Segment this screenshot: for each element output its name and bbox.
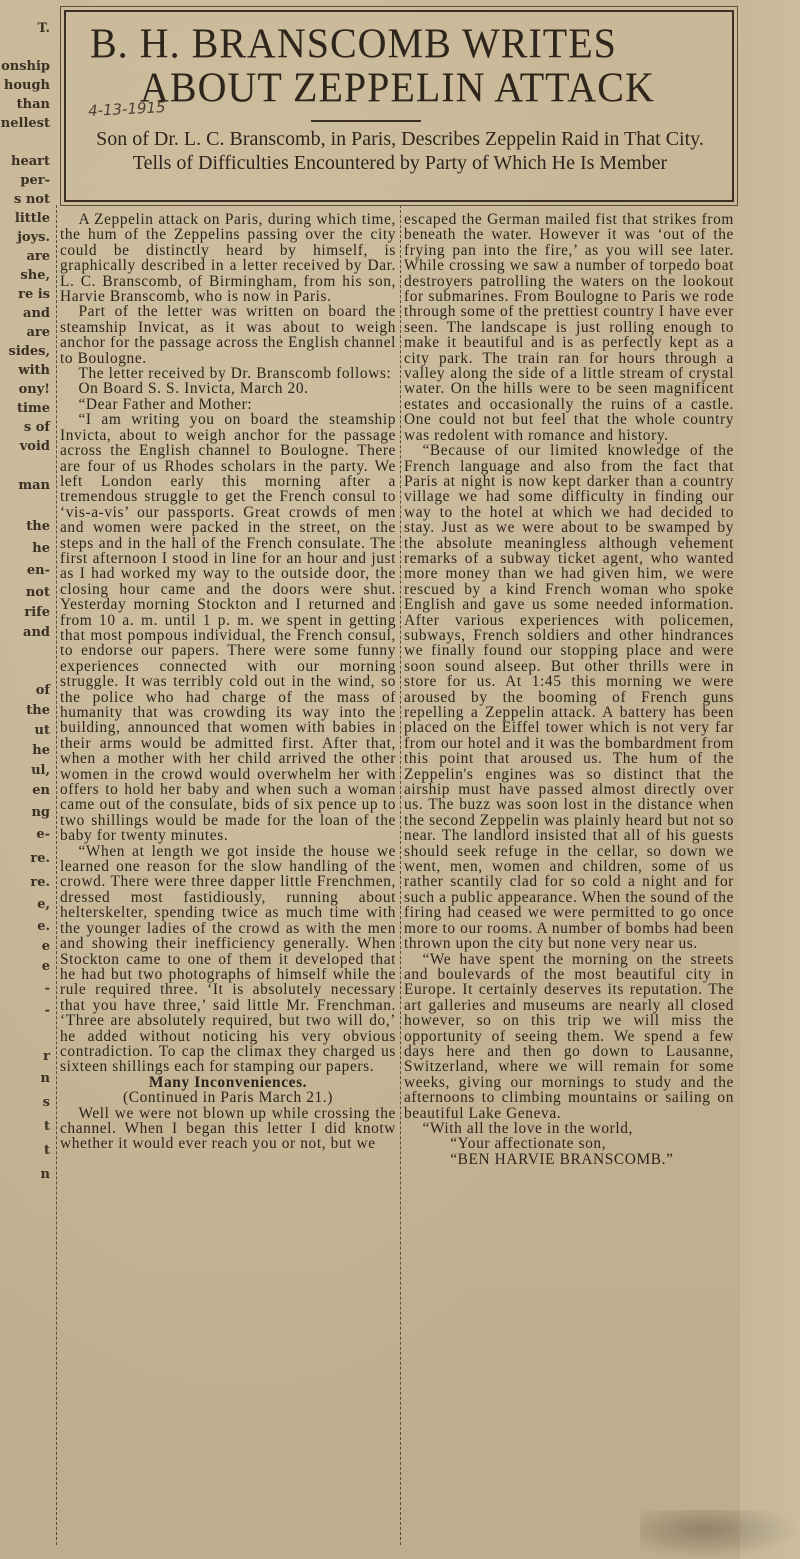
margin-fragment: - <box>45 982 50 996</box>
margin-fragment: with <box>18 364 50 378</box>
margin-fragment: the <box>26 704 50 718</box>
deck-divider <box>311 120 421 122</box>
margin-fragment: ony! <box>19 383 50 397</box>
margin-fragment: void <box>20 440 50 454</box>
margin-fragment: s <box>43 1096 50 1110</box>
article-paragraph: The letter received by Dr. Branscomb fol… <box>60 366 396 381</box>
margin-fragment: rife <box>24 606 50 620</box>
margin-fragment: heart <box>11 155 50 169</box>
article-paragraph: escaped the German mailed fist that stri… <box>404 212 734 443</box>
article-paragraph: On Board S. S. Invicta, March 20. <box>60 381 396 396</box>
article-paragraph: “I am writing you on board the steamship… <box>60 412 396 843</box>
article-paragraph: A Zeppelin attack on Paris, during which… <box>60 212 396 304</box>
margin-fragment: sides, <box>9 345 50 359</box>
margin-fragment: he <box>32 744 50 758</box>
margin-fragment: not <box>26 586 50 600</box>
margin-fragment: onship <box>1 60 50 74</box>
margin-fragment: e <box>42 960 50 974</box>
margin-fragment: hough <box>4 79 50 93</box>
article-paragraph: “Because of our limited knowledge of the… <box>404 443 734 951</box>
margin-fragment: the <box>26 520 50 534</box>
margin-fragment: ut <box>35 724 50 738</box>
margin-fragment: of <box>36 684 50 698</box>
article-subhead: Many Inconveniences. <box>60 1075 396 1090</box>
margin-fragment: man <box>18 479 50 493</box>
margin-fragment: e- <box>36 828 50 842</box>
margin-fragment: she, <box>20 269 50 283</box>
headline-line-2: ABOUT ZEPPELIN ATTACK <box>140 63 655 112</box>
margin-fragment: e <box>42 940 50 954</box>
headline-line-1: B. H. BRANSCOMB WRITES <box>90 19 617 68</box>
margin-fragment: t <box>44 1144 50 1158</box>
article-paragraph: “We have spent the morning on the street… <box>404 952 734 1121</box>
margin-fragment: t <box>44 1120 50 1134</box>
article-paragraph: “Your affectionate son, <box>404 1136 734 1151</box>
margin-fragment: e. <box>37 920 50 934</box>
margin-fragment: en <box>32 784 50 798</box>
margin-fragment: - <box>45 1004 50 1018</box>
margin-fragment: little <box>15 212 50 226</box>
article-paragraph: “BEN HARVIE BRANSCOMB.” <box>404 1152 734 1167</box>
margin-fragment: joys. <box>17 231 50 245</box>
margin-fragment: r <box>43 1050 50 1064</box>
margin-fragment: and <box>23 307 50 321</box>
margin-fragment: nellest <box>1 117 50 131</box>
margin-fragment: are <box>26 326 50 340</box>
margin-fragment: he <box>32 542 50 556</box>
article-paragraph: “With all the love in the world, <box>404 1121 734 1136</box>
headline-box: B. H. BRANSCOMB WRITES ABOUT ZEPPELIN AT… <box>64 10 734 202</box>
margin-fragment: re. <box>30 852 50 866</box>
column-rule-left <box>56 205 57 1545</box>
margin-fragment: n <box>41 1168 50 1182</box>
margin-fragment: T. <box>37 22 50 36</box>
adjacent-column-fragments: T.onshiphoughthannellestheartper-s notli… <box>0 0 52 1559</box>
article-column-2: escaped the German mailed fist that stri… <box>404 212 734 1167</box>
article-paragraph: (Continued in Paris March 21.) <box>60 1090 396 1105</box>
article-paragraph: Part of the letter was written on board … <box>60 304 396 366</box>
margin-fragment: re is <box>18 288 50 302</box>
article-paragraph: Well we were not blown up while crossing… <box>60 1106 396 1152</box>
article-paragraph: “Dear Father and Mother: <box>60 397 396 412</box>
margin-fragment: time <box>17 402 50 416</box>
margin-fragment: n <box>41 1072 50 1086</box>
margin-fragment: re. <box>30 876 50 890</box>
paper-stain <box>640 1510 800 1559</box>
article-paragraph: “When at length we got inside the house … <box>60 844 396 1075</box>
margin-fragment: s of <box>24 421 50 435</box>
article-column-1: A Zeppelin attack on Paris, during which… <box>60 212 396 1152</box>
right-blank-margin <box>740 0 800 1559</box>
margin-fragment: ng <box>31 806 50 820</box>
handwritten-date: 4-13-1915 <box>88 98 166 120</box>
margin-fragment: are <box>26 250 50 264</box>
margin-fragment: e, <box>37 898 50 912</box>
margin-fragment: per- <box>20 174 50 188</box>
margin-fragment: and <box>23 626 50 640</box>
headline-deck: Son of Dr. L. C. Branscomb, in Paris, De… <box>80 127 720 175</box>
margin-fragment: than <box>17 98 50 112</box>
margin-fragment: en- <box>27 564 50 578</box>
margin-fragment: s not <box>14 193 50 207</box>
margin-fragment: ul, <box>31 764 50 778</box>
column-rule-middle <box>400 205 401 1545</box>
